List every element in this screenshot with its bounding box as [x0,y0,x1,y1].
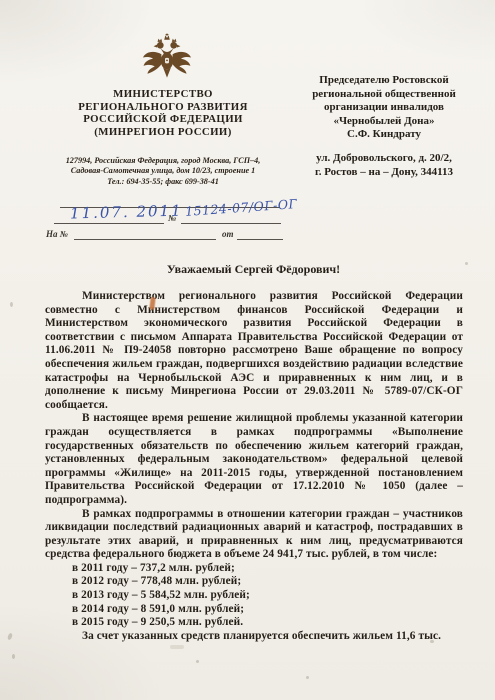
scan-speck [10,302,13,307]
handwritten-number: 15124-07/ОГ-ОГ [185,196,298,219]
scan-speck [196,660,199,663]
closing-line: За счет указанных средств планируется об… [45,630,463,644]
letter-body: Министерством регионального развития Рос… [45,290,463,643]
reply-number-field-line [74,239,216,240]
budget-by-year-list: в 2011 году – 737,2 млн. рублей; в 2012 … [45,562,463,630]
budget-item-2013: в 2013 году – 5 584,52 млн. рублей; [72,589,463,603]
budget-item-2011: в 2011 году – 737,2 млн. рублей; [72,562,463,576]
recipient-address: ул. Добровольского, д. 20/2, г. Ростов –… [288,152,480,179]
scan-speck [170,645,184,649]
scan-speck [306,676,309,679]
sender-name-line: РОССИЙСКОЙ ФЕДЕРАЦИИ [33,113,293,126]
russia-coat-of-arms-icon [139,33,195,81]
sender-address-line: Садовая-Самотечная улица, дом 10/23, стр… [28,166,298,176]
recipient-line: С.Ф. Киндрату [288,128,480,142]
budget-item-2015: в 2015 году – 9 250,5 млн. рублей. [72,616,463,630]
paragraph-1: Министерством регионального развития Рос… [45,290,463,412]
paragraph-2: В настоящее время решение жилищной пробл… [45,412,463,507]
recipient-block: Председателю Ростовской региональной общ… [288,74,480,142]
sender-name-line: (МИНРЕГИОН РОССИИ) [33,126,293,139]
scan-speck [465,262,468,265]
scanned-letter-page: МИНИСТЕРСТВО РЕГИОНАЛЬНОГО РАЗВИТИЯ РОСС… [0,0,495,700]
sender-address-line: Тел.: 694-35-55; факс 699-38-41 [28,177,298,187]
sender-ministry-name: МИНИСТЕРСТВО РЕГИОНАЛЬНОГО РАЗВИТИЯ РОСС… [33,88,293,138]
recipient-address-line: ул. Добровольского, д. 20/2, [288,152,480,166]
from-label: от [222,229,234,239]
paragraph-3: В рамках подпрограммы в отношении катего… [45,508,463,562]
reply-date-field-line [237,239,283,240]
sender-address-line: 127994, Российская Федерация, город Моск… [28,156,298,166]
recipient-line: Председателю Ростовской [288,74,480,88]
scan-speck [430,640,434,643]
date-field-line [54,223,164,224]
budget-item-2012: в 2012 году – 778,48 млн. рублей; [72,575,463,589]
sender-address: 127994, Российская Федерация, город Моск… [28,156,298,187]
salutation: Уважаемый Сергей Фёдорович! [45,262,462,277]
sender-name-line: РЕГИОНАЛЬНОГО РАЗВИТИЯ [33,101,293,114]
on-number-label: На № [46,229,68,239]
recipient-line: организации инвалидов [288,101,480,115]
budget-item-2014: в 2014 году – 8 591,0 млн. рублей; [72,603,463,617]
recipient-line: региональной общественной [288,88,480,102]
recipient-address-line: г. Ростов – на – Дону, 344113 [288,166,480,180]
number-field-line [181,223,281,224]
scan-speck [12,654,15,659]
scan-speck [7,633,13,641]
handwritten-date: 11.07. 2011 [70,202,183,223]
sender-name-line: МИНИСТЕРСТВО [33,88,293,101]
recipient-line: «Чернобылей Дона» [288,115,480,129]
